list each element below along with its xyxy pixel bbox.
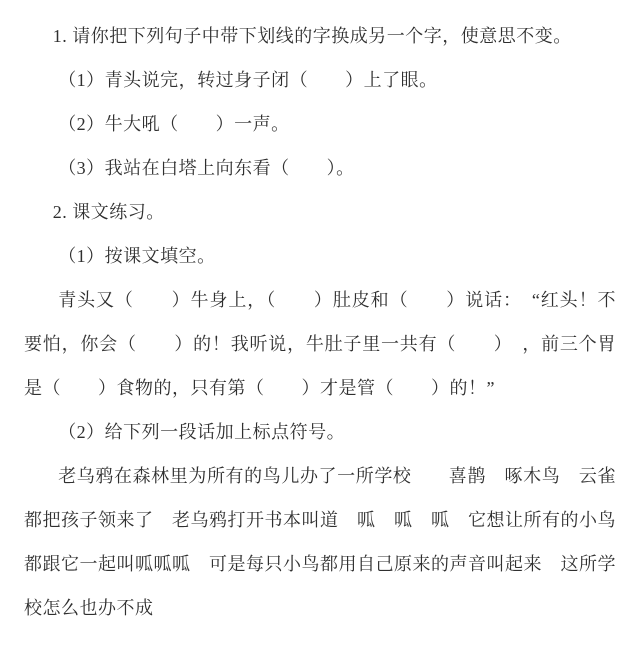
question-2-sub-2-paragraph: 老乌鸦在森林里为所有的鸟儿办了一所学校 喜鹊 啄木鸟 云雀都把孩子领来了 老乌鸦… bbox=[24, 454, 616, 630]
question-2-sub-1-paragraph: 青头又（ ）牛身上，（ ）肚皮和（ ）说话： “红头！不要怕，你会（ ）的！我听… bbox=[24, 278, 616, 410]
question-1-title: 1. 请你把下列句子中带下划线的字换成另一个字，使意思不变。 bbox=[24, 14, 616, 58]
question-1-item-2: （2）牛大吼（ ）一声。 bbox=[24, 102, 616, 146]
question-1-item-1: （1）青头说完，转过身子闭（ ）上了眼。 bbox=[24, 58, 616, 102]
question-1-item-3: （3）我站在白塔上向东看（ ）。 bbox=[24, 146, 616, 190]
worksheet-page: 1. 请你把下列句子中带下划线的字换成另一个字，使意思不变。 （1）青头说完，转… bbox=[0, 0, 640, 664]
question-2-sub-2-title: （2）给下列一段话加上标点符号。 bbox=[24, 410, 616, 454]
question-2-sub-1-title: （1）按课文填空。 bbox=[24, 234, 616, 278]
question-2-title: 2. 课文练习。 bbox=[24, 190, 616, 234]
